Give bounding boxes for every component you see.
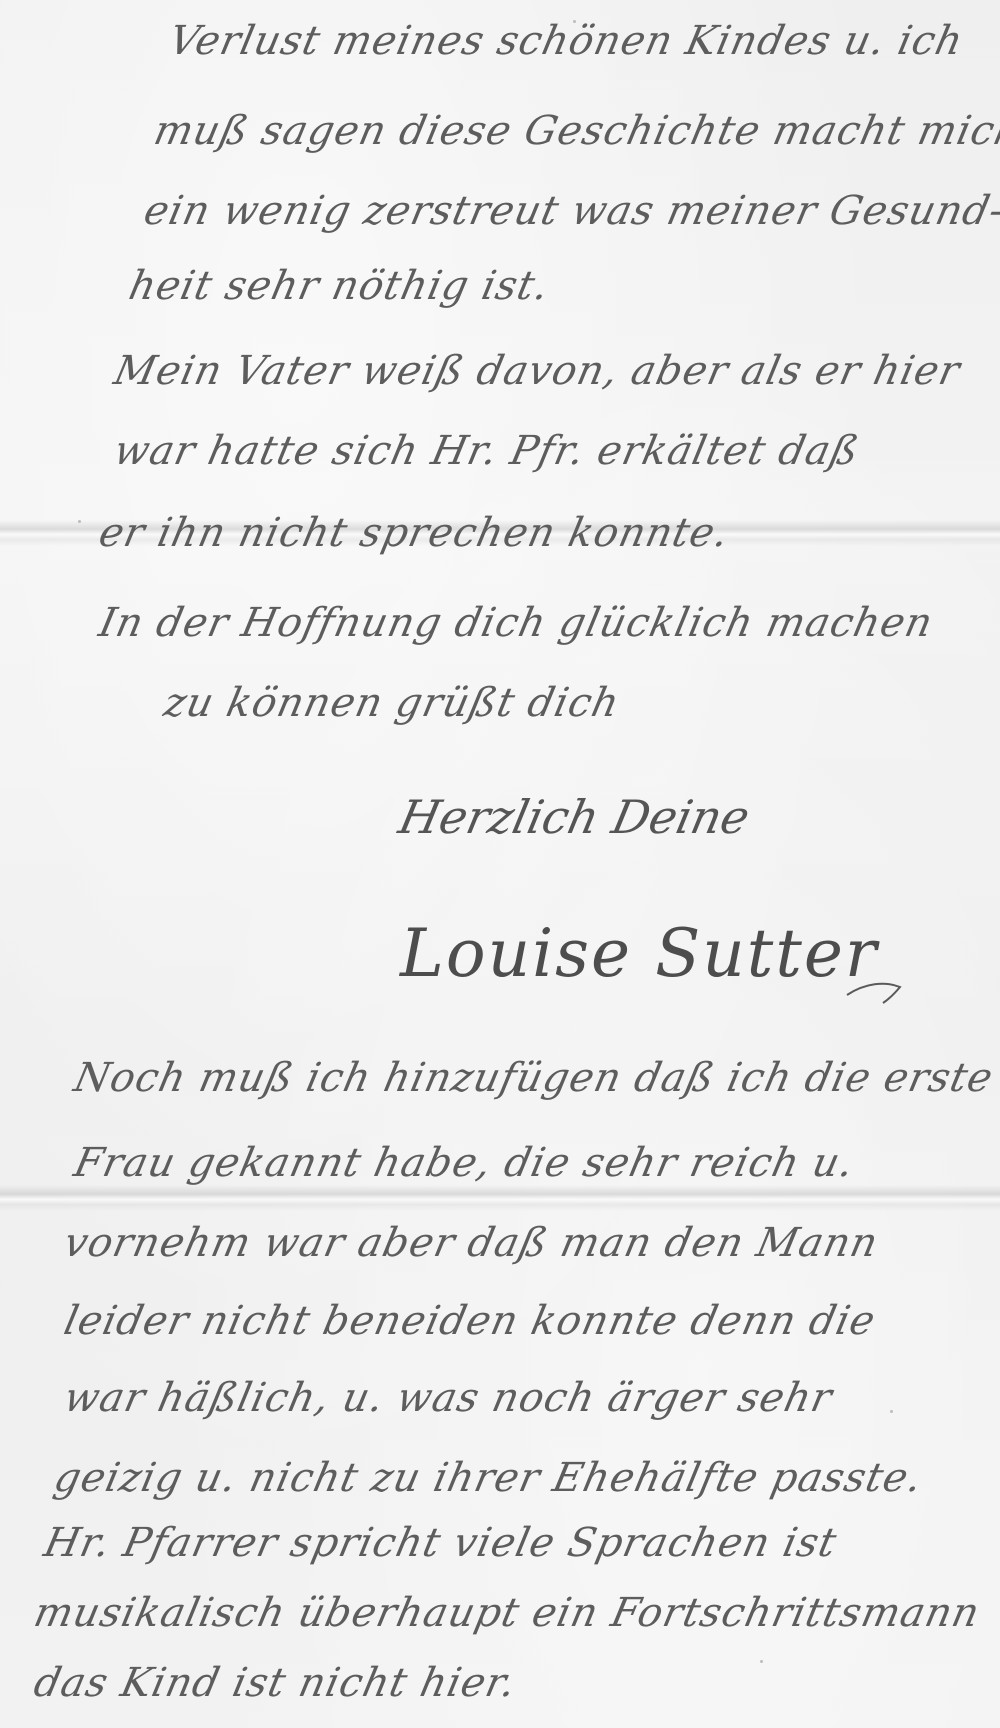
postscript-line: Hr. Pfarrer spricht viele Sprachen ist (40, 1520, 841, 1566)
postscript-line: leider nicht beneiden konnte denn die (60, 1298, 880, 1344)
signature-flourish-icon (845, 975, 905, 1005)
body-line: er ihn nicht sprechen konnte. (95, 510, 733, 556)
paper-speck (890, 1410, 893, 1413)
postscript-line: das Kind ist nicht hier. (30, 1660, 521, 1706)
postscript-line: war häßlich, u. was noch ärger sehr (60, 1375, 837, 1421)
paper-fold-lower (0, 1185, 1000, 1211)
postscript-line: Noch muß ich hinzufügen daß ich die erst… (70, 1055, 997, 1101)
signature: Louise Sutter (400, 915, 878, 992)
paper-speck (78, 520, 81, 523)
body-line: zu können grüßt dich (160, 680, 624, 726)
body-line: In der Hoffnung dich glücklich machen (95, 600, 937, 646)
postscript-line: musikalisch überhaupt ein Fortschrittsma… (30, 1590, 984, 1636)
postscript-line: vornehm war aber daß man den Mann (60, 1220, 883, 1266)
postscript-line: geizig u. nicht zu ihrer Ehehälfte passt… (50, 1455, 927, 1501)
body-line: Mein Vater weiß davon, aber als er hier (110, 348, 964, 394)
paper-speck (573, 20, 576, 23)
body-line: Verlust meines schönen Kindes u. ich (165, 18, 968, 64)
paper-speck (760, 1660, 763, 1663)
postscript-line: Frau gekannt habe, die sehr reich u. (70, 1140, 858, 1186)
body-line: heit sehr nöthig ist. (125, 263, 553, 309)
letter-page: Verlust meines schönen Kindes u. ich muß… (0, 0, 1000, 1728)
body-line: muß sagen diese Geschichte macht mich (150, 108, 1000, 154)
body-line: ein wenig zerstreut was meiner Gesund- (140, 188, 1000, 234)
closing-salutation: Herzlich Deine (394, 790, 754, 844)
body-line: war hatte sich Hr. Pfr. erkältet daß (110, 428, 863, 474)
